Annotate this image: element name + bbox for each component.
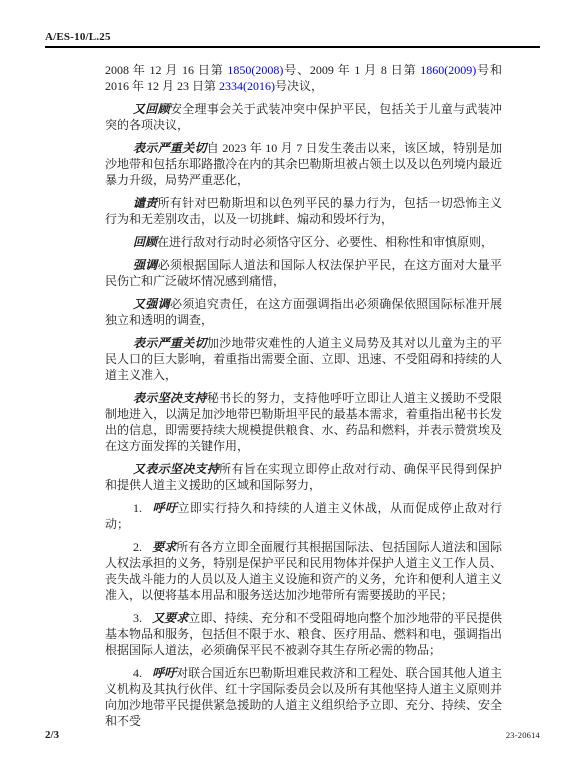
paragraph: 4.呼吁对联合国近东巴勒斯坦难民救济和工程处、联合国其他人道主义机构及其执行伙伴… — [105, 665, 502, 729]
page-number: 2/3 — [45, 729, 59, 741]
paragraph: 3.又要求立即、持续、充分和不受阻碍地向整个加沙地带的平民提供基本物品和服务，包… — [105, 610, 502, 658]
resolution-link[interactable]: 2334(2016) — [219, 79, 275, 93]
paragraph-lead: 谴责 — [133, 196, 158, 210]
header-rule — [45, 46, 540, 48]
paragraph-lead: 又要求 — [152, 611, 188, 625]
paragraph: 又强调必须追究责任，在这方面强调指出必须确保依照国际标准开展独立和透明的调查， — [105, 296, 502, 328]
paragraph: 2.要求所有各方立即全面履行其根据国际法、包括国际人道法和国际人权法承担的义务，… — [105, 539, 502, 603]
paragraph-lead: 表示严重关切 — [133, 141, 207, 155]
paragraph: 2008 年 12 月 16 日第 1850(2008)号、2009 年 1 月… — [105, 62, 502, 94]
paragraph: 表示严重关切自 2023 年 10 月 7 日发生袭击以来，该区域，特别是加沙地… — [105, 140, 502, 188]
paragraph-lead: 表示坚决支持 — [133, 391, 207, 405]
paragraph-lead: 强调 — [133, 258, 158, 272]
paragraph-text: 所有针对巴勒斯坦和以色列平民的暴力行为，包括一切恐怖主义行为和无差别攻击，以及一… — [105, 196, 502, 226]
resolution-link[interactable]: 1860(2009) — [420, 63, 476, 77]
paragraph-lead: 要求 — [152, 540, 176, 554]
paragraph-lead: 又回顾 — [133, 102, 170, 116]
document-body: 2008 年 12 月 16 日第 1850(2008)号、2009 年 1 月… — [105, 62, 502, 736]
paragraph-lead: 呼吁 — [152, 501, 178, 515]
paragraph: 谴责所有针对巴勒斯坦和以色列平民的暴力行为，包括一切恐怖主义行为和无差别攻击，以… — [105, 195, 502, 227]
paragraph-number: 4. — [133, 666, 142, 680]
job-number: 23-20614 — [506, 730, 540, 740]
paragraph: 表示严重关切加沙地带灾难性的人道主义局势及其对以儿童为主的平民人口的巨大影响，着… — [105, 335, 502, 383]
paragraph: 又表示坚决支持所有旨在实现立即停止敌对行动、确保平民得到保护和提供人道主义援助的… — [105, 461, 502, 493]
paragraph-text: 必须根据国际人道法和国际人权法保护平民，在这方面对大量平民伤亡和广泛破坏情况感到… — [105, 258, 502, 288]
paragraph-lead: 回顾 — [133, 235, 157, 249]
document-page: A/ES-10/L.25 2008 年 12 月 16 日第 1850(2008… — [0, 0, 585, 766]
paragraph: 表示坚决支持秘书长的努力，支持他呼吁立即让人道主义援助不受限制地进入，以满足加沙… — [105, 390, 502, 454]
paragraph-number: 3. — [133, 611, 142, 625]
paragraph-text: 号、2009 年 1 月 8 日第 — [283, 63, 420, 77]
document-symbol: A/ES-10/L.25 — [45, 31, 111, 43]
paragraph-lead: 呼吁 — [152, 666, 176, 680]
paragraph-text: 号决议， — [275, 79, 323, 93]
paragraph: 1.呼吁立即实行持久和持续的人道主义休战，从而促成停止敌对行动； — [105, 500, 502, 532]
paragraph-text: 2008 年 12 月 16 日第 — [105, 63, 227, 77]
paragraph-lead: 又强调 — [133, 297, 170, 311]
paragraph: 强调必须根据国际人道法和国际人权法保护平民，在这方面对大量平民伤亡和广泛破坏情况… — [105, 257, 502, 289]
paragraph: 又回顾安全理事会关于武装冲突中保护平民，包括关于儿童与武装冲突的各项决议， — [105, 101, 502, 133]
paragraph-lead: 又表示坚决支持 — [133, 462, 219, 476]
resolution-link[interactable]: 1850(2008) — [227, 63, 283, 77]
paragraph: 回顾在进行敌对行动时必须恪守区分、必要性、相称性和审慎原则， — [105, 234, 502, 250]
paragraph-number: 2. — [133, 540, 142, 554]
paragraph-text: 在进行敌对行动时必须恪守区分、必要性、相称性和审慎原则， — [157, 235, 493, 249]
paragraph-number: 1. — [133, 501, 142, 515]
paragraph-lead: 表示严重关切 — [133, 336, 207, 350]
